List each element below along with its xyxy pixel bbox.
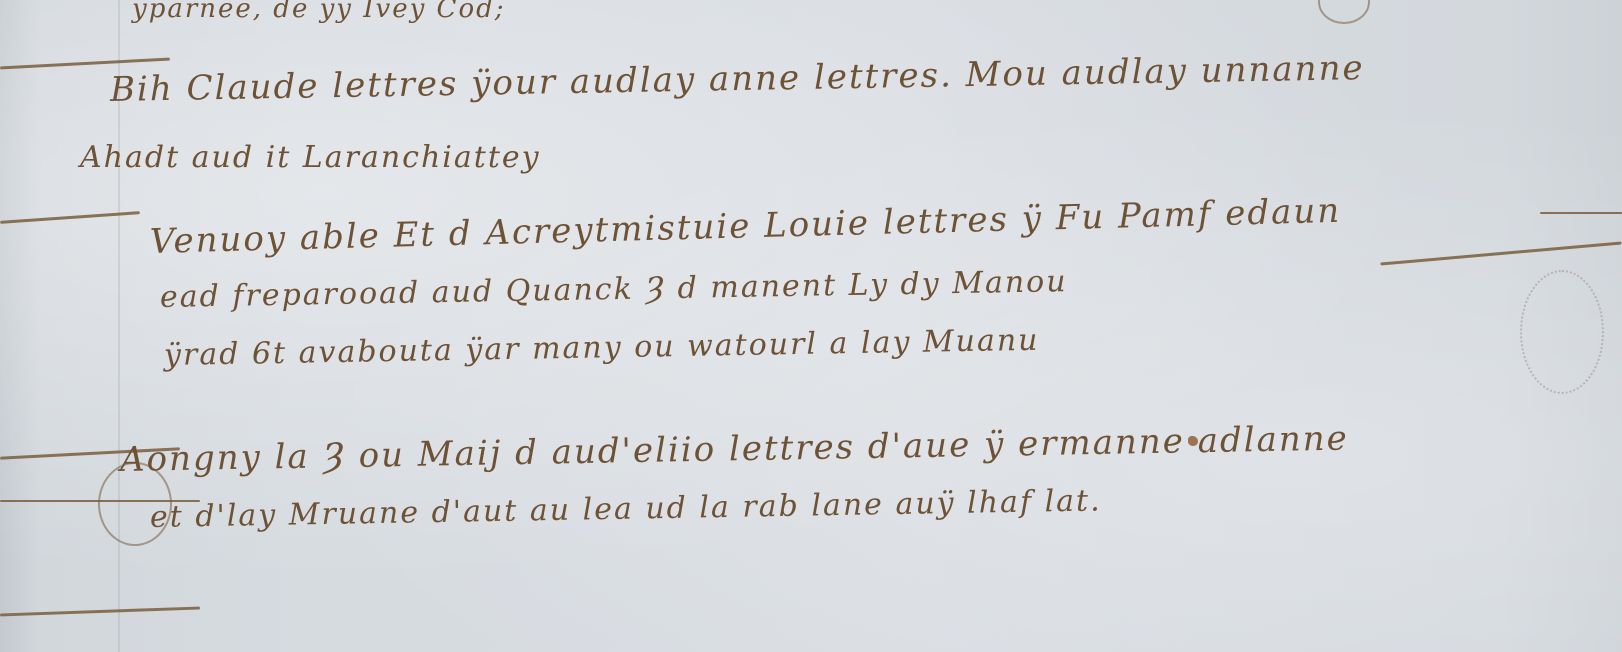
entry-2-line-3: ÿrad 6t avabouta ÿar many ou watourl a l… [164,323,1040,373]
margin-rule-1 [0,58,170,70]
manuscript-page: ÿparnee, de ÿy Ivey Cod; Bih Claude lett… [0,0,1622,652]
entry-1-line-2: Ahadt aud it Laranchiattey [80,140,541,175]
entry-3-line-2: et d'lay Mruane d'aut au lea ud la rab l… [150,483,1102,535]
entry-1-line-1: Bih Claude lettres ÿour audlay anne lett… [110,48,1365,110]
entry-2-line-2: ead freparooad aud Quanck Ȝ d manent Ly … [160,264,1068,315]
margin-rule-4 [1540,212,1622,214]
seal-impression [1520,270,1604,394]
flourish-top-right [1318,0,1370,24]
entry-2-line-1: Venuoy able Et d Acreytmistuie Louie let… [149,191,1341,262]
entry-0-line-1: ÿparnee, de ÿy Ivey Cod; [132,0,506,24]
margin-rule-3 [1380,241,1621,265]
margin-rule-7 [0,607,200,617]
entry-3-line-1: Aongny la Ȝ ou Maij d aud'eliio lettres … [120,419,1349,480]
